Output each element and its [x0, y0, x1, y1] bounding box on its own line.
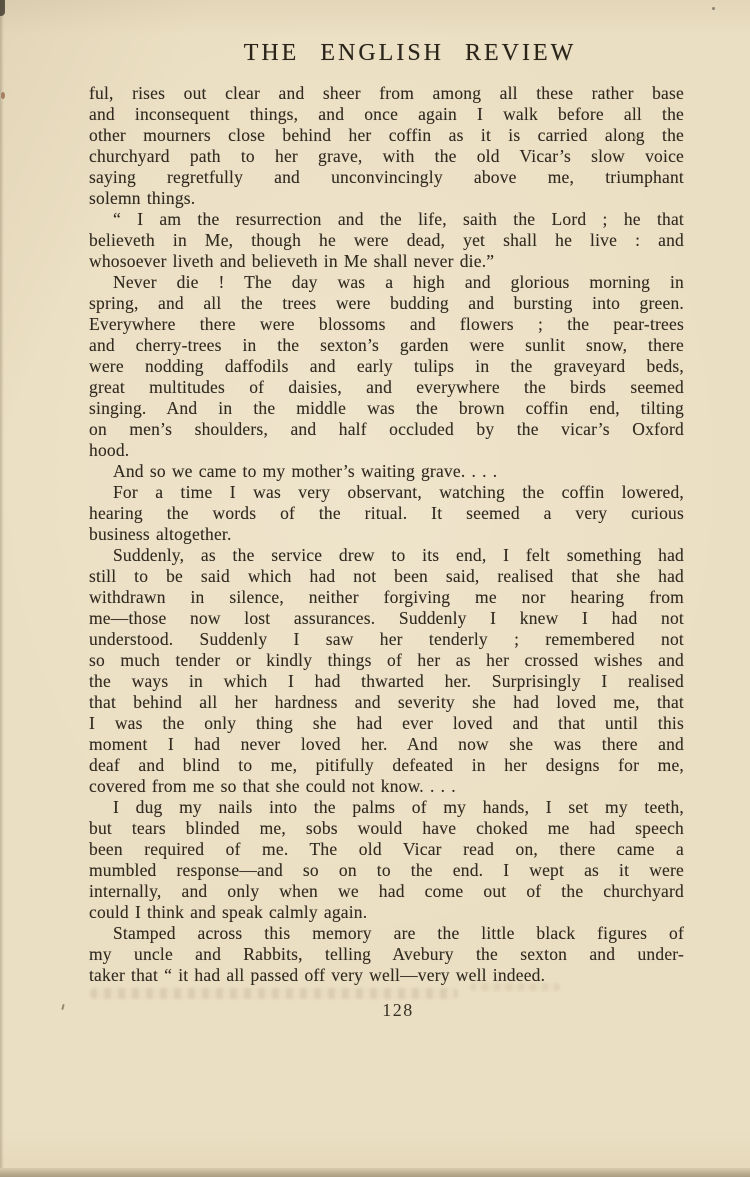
text-line: were nodding daffodils and early tulips … — [89, 356, 684, 377]
scan-left-edge-shadow — [0, 0, 4, 1177]
text-line: Suddenly, as the service drew to its end… — [89, 545, 684, 566]
text-line: whosoever liveth and believeth in Me sha… — [89, 251, 684, 272]
text-line: could I think and speak calmly again. — [89, 902, 684, 923]
text-line: and cherry-trees in the sexton’s garden … — [89, 335, 684, 356]
text-line: moment I had never loved her. And now sh… — [89, 734, 684, 755]
text-line: on men’s shoulders, and half occluded by… — [89, 419, 684, 440]
text-line: been required of me. The old Vicar read … — [89, 839, 684, 860]
show-through-smudge — [470, 983, 560, 991]
paragraph: And so we came to my mother’s waiting gr… — [89, 461, 684, 482]
show-through-smudge — [90, 988, 458, 999]
text-line: hood. — [89, 440, 684, 461]
text-line: I dug my nails into the palms of my hand… — [89, 797, 684, 818]
scan-bottom-edge — [0, 1168, 750, 1177]
paragraph: Stamped across this memory are the littl… — [89, 923, 684, 986]
text-line: but tears blinded me, sobs would have ch… — [89, 818, 684, 839]
body-text: ful, rises out clear and sheer from amon… — [89, 83, 684, 986]
text-line: believeth in Me, though he were dead, ye… — [89, 230, 684, 251]
text-line: deaf and blind to me, pitifully defeated… — [89, 755, 684, 776]
text-line: the ways in which I had thwarted her. Su… — [89, 671, 684, 692]
paragraph: I dug my nails into the palms of my hand… — [89, 797, 684, 923]
text-line: singing. And in the middle was the brown… — [89, 398, 684, 419]
text-line: me—those now lost assurances. Suddenly I… — [89, 608, 684, 629]
text-line: withdrawn in silence, neither forgiving … — [89, 587, 684, 608]
paragraph: Suddenly, as the service drew to its end… — [89, 545, 684, 797]
text-line: that behind all her hardness and severit… — [89, 692, 684, 713]
text-line: still to be said which had not been said… — [89, 566, 684, 587]
ink-speck — [633, 136, 636, 139]
text-line: other mourners close behind her coffin a… — [89, 125, 684, 146]
text-line: internally, and only when we had come ou… — [89, 881, 684, 902]
text-line: saying regretfully and unconvincingly ab… — [89, 167, 684, 188]
page-number: 128 — [89, 1000, 707, 1021]
ink-speck — [712, 7, 715, 10]
scan-corner-mark — [0, 0, 5, 16]
text-line: Everywhere there were blossoms and flowe… — [89, 314, 684, 335]
text-line: For a time I was very observant, watchin… — [89, 482, 684, 503]
text-line: spring, and all the trees were budding a… — [89, 293, 684, 314]
text-line: so much tender or kindly things of her a… — [89, 650, 684, 671]
text-line: hearing the words of the ritual. It seem… — [89, 503, 684, 524]
text-line: mumbled response—and so on to the end. I… — [89, 860, 684, 881]
text-line: Never die ! The day was a high and glori… — [89, 272, 684, 293]
text-line: covered from me so that she could not kn… — [89, 776, 684, 797]
text-line: understood. Suddenly I saw her tenderly … — [89, 629, 684, 650]
paragraph: “ I am the resurrection and the life, sa… — [89, 209, 684, 272]
text-line: great multitudes of daisies, and everywh… — [89, 377, 684, 398]
ink-speck — [1, 92, 5, 99]
text-line: I was the only thing she had ever loved … — [89, 713, 684, 734]
text-line: And so we came to my mother’s waiting gr… — [89, 461, 684, 482]
text-line: my uncle and Rabbits, telling Avebury th… — [89, 944, 684, 965]
text-line: taker that “ it had all passed off very … — [89, 965, 684, 986]
text-line: Stamped across this memory are the littl… — [89, 923, 684, 944]
paragraph: Never die ! The day was a high and glori… — [89, 272, 684, 461]
text-line: ful, rises out clear and sheer from amon… — [89, 83, 684, 104]
paragraph: ful, rises out clear and sheer from amon… — [89, 83, 684, 209]
text-line: “ I am the resurrection and the life, sa… — [89, 209, 684, 230]
ink-speck — [61, 1004, 64, 1010]
paragraph: For a time I was very observant, watchin… — [89, 482, 684, 545]
running-head-title: THE ENGLISH REVIEW — [88, 40, 732, 66]
text-line: churchyard path to her grave, with the o… — [89, 146, 684, 167]
text-line: business altogether. — [89, 524, 684, 545]
text-line: and inconsequent things, and once again … — [89, 104, 684, 125]
text-line: solemn things. — [89, 188, 684, 209]
book-page: THE ENGLISH REVIEW ful, rises out clear … — [0, 0, 750, 1177]
